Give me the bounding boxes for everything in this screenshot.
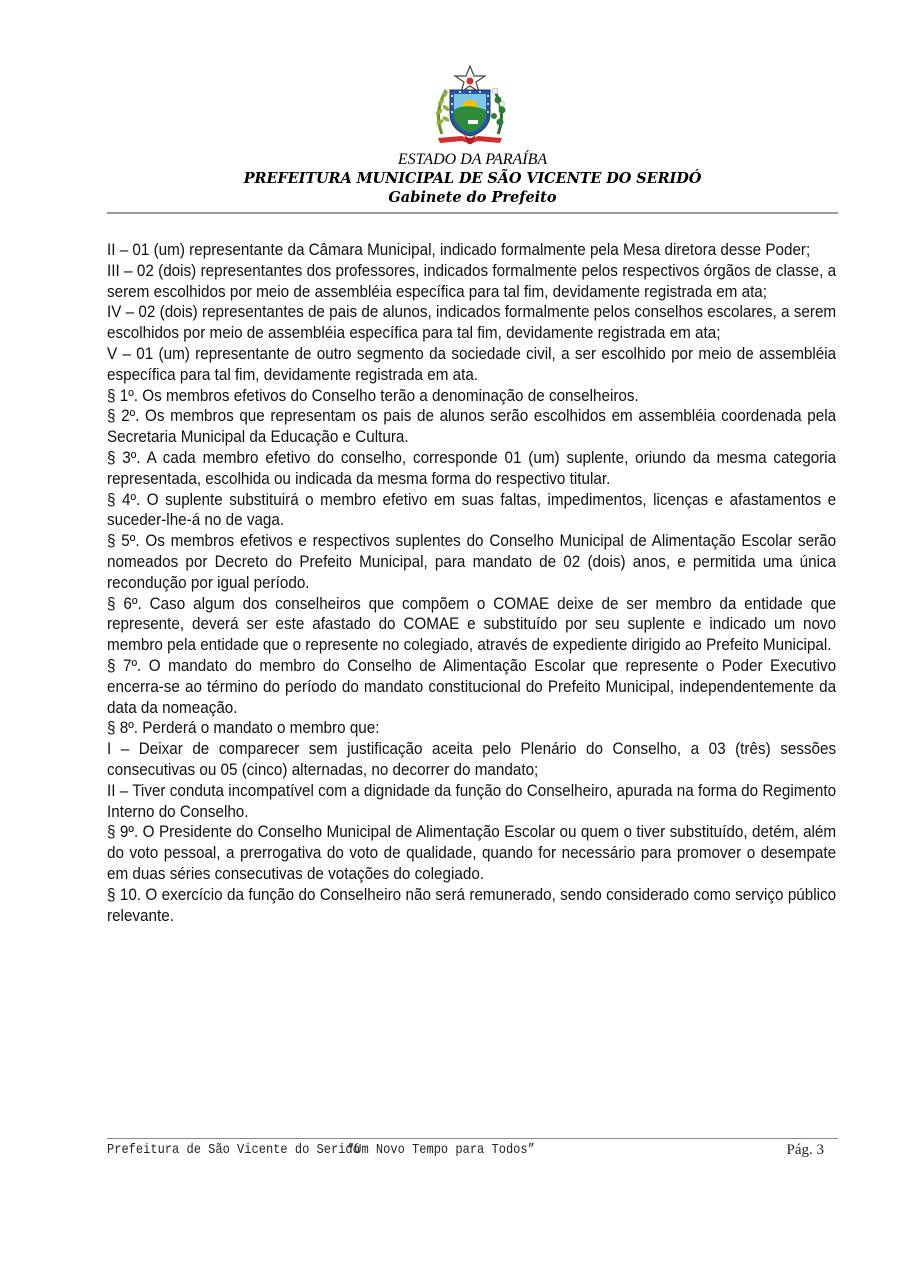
footer-prefecture: Prefeitura de São Vicente do Seridó (107, 1142, 360, 1158)
paragraph: II – 01 (um) representante da Câmara Mun… (107, 240, 836, 261)
page-footer: Prefeitura de São Vicente do Seridó “Um … (107, 1142, 838, 1162)
paragraph: I – Deixar de comparecer sem justificaçã… (107, 739, 836, 781)
paragraph: § 9º. O Presidente do Conselho Municipal… (107, 822, 836, 884)
header-divider (107, 212, 838, 214)
footer-motto: “Um Novo Tempo para Todos” (347, 1142, 535, 1158)
paragraph: § 4º. O suplente substituirá o membro ef… (107, 490, 836, 532)
paragraph: § 1º. Os membros efetivos do Conselho te… (107, 386, 836, 407)
paragraph: III – 02 (dois) representantes dos profe… (107, 261, 836, 303)
page-number: Pág. 3 (787, 1142, 825, 1159)
document-page: ESTADO DA PARAÍBA PREFEITURA MUNICIPAL D… (0, 0, 900, 1273)
paragraph: § 6º. Caso algum dos conselheiros que co… (107, 594, 836, 656)
prefecture-name: PREFEITURA MUNICIPAL DE SÃO VICENTE DO S… (107, 169, 838, 188)
paragraph: § 3º. A cada membro efetivo do conselho,… (107, 448, 836, 490)
letterhead: ESTADO DA PARAÍBA PREFEITURA MUNICIPAL D… (107, 150, 838, 207)
paraiba-coat-of-arms-icon (428, 64, 512, 148)
paragraph: II – Tiver conduta incompatível com a di… (107, 781, 836, 823)
document-body: II – 01 (um) representante da Câmara Mun… (107, 240, 836, 926)
state-name: ESTADO DA PARAÍBA (107, 150, 838, 169)
paragraph: § 5º. Os membros efetivos e respectivos … (107, 531, 836, 593)
paragraph: § 8º. Perderá o mandato o membro que: (107, 718, 836, 739)
paragraph: § 7º. O mandato do membro do Conselho de… (107, 656, 836, 718)
paragraph: V – 01 (um) representante de outro segme… (107, 344, 836, 386)
office-name: Gabinete do Prefeito (107, 188, 838, 207)
paragraph: § 10. O exercício da função do Conselhei… (107, 885, 836, 927)
paragraph: IV – 02 (dois) representantes de pais de… (107, 302, 836, 344)
footer-divider (107, 1138, 838, 1139)
paragraph: § 2º. Os membros que representam os pais… (107, 406, 836, 448)
